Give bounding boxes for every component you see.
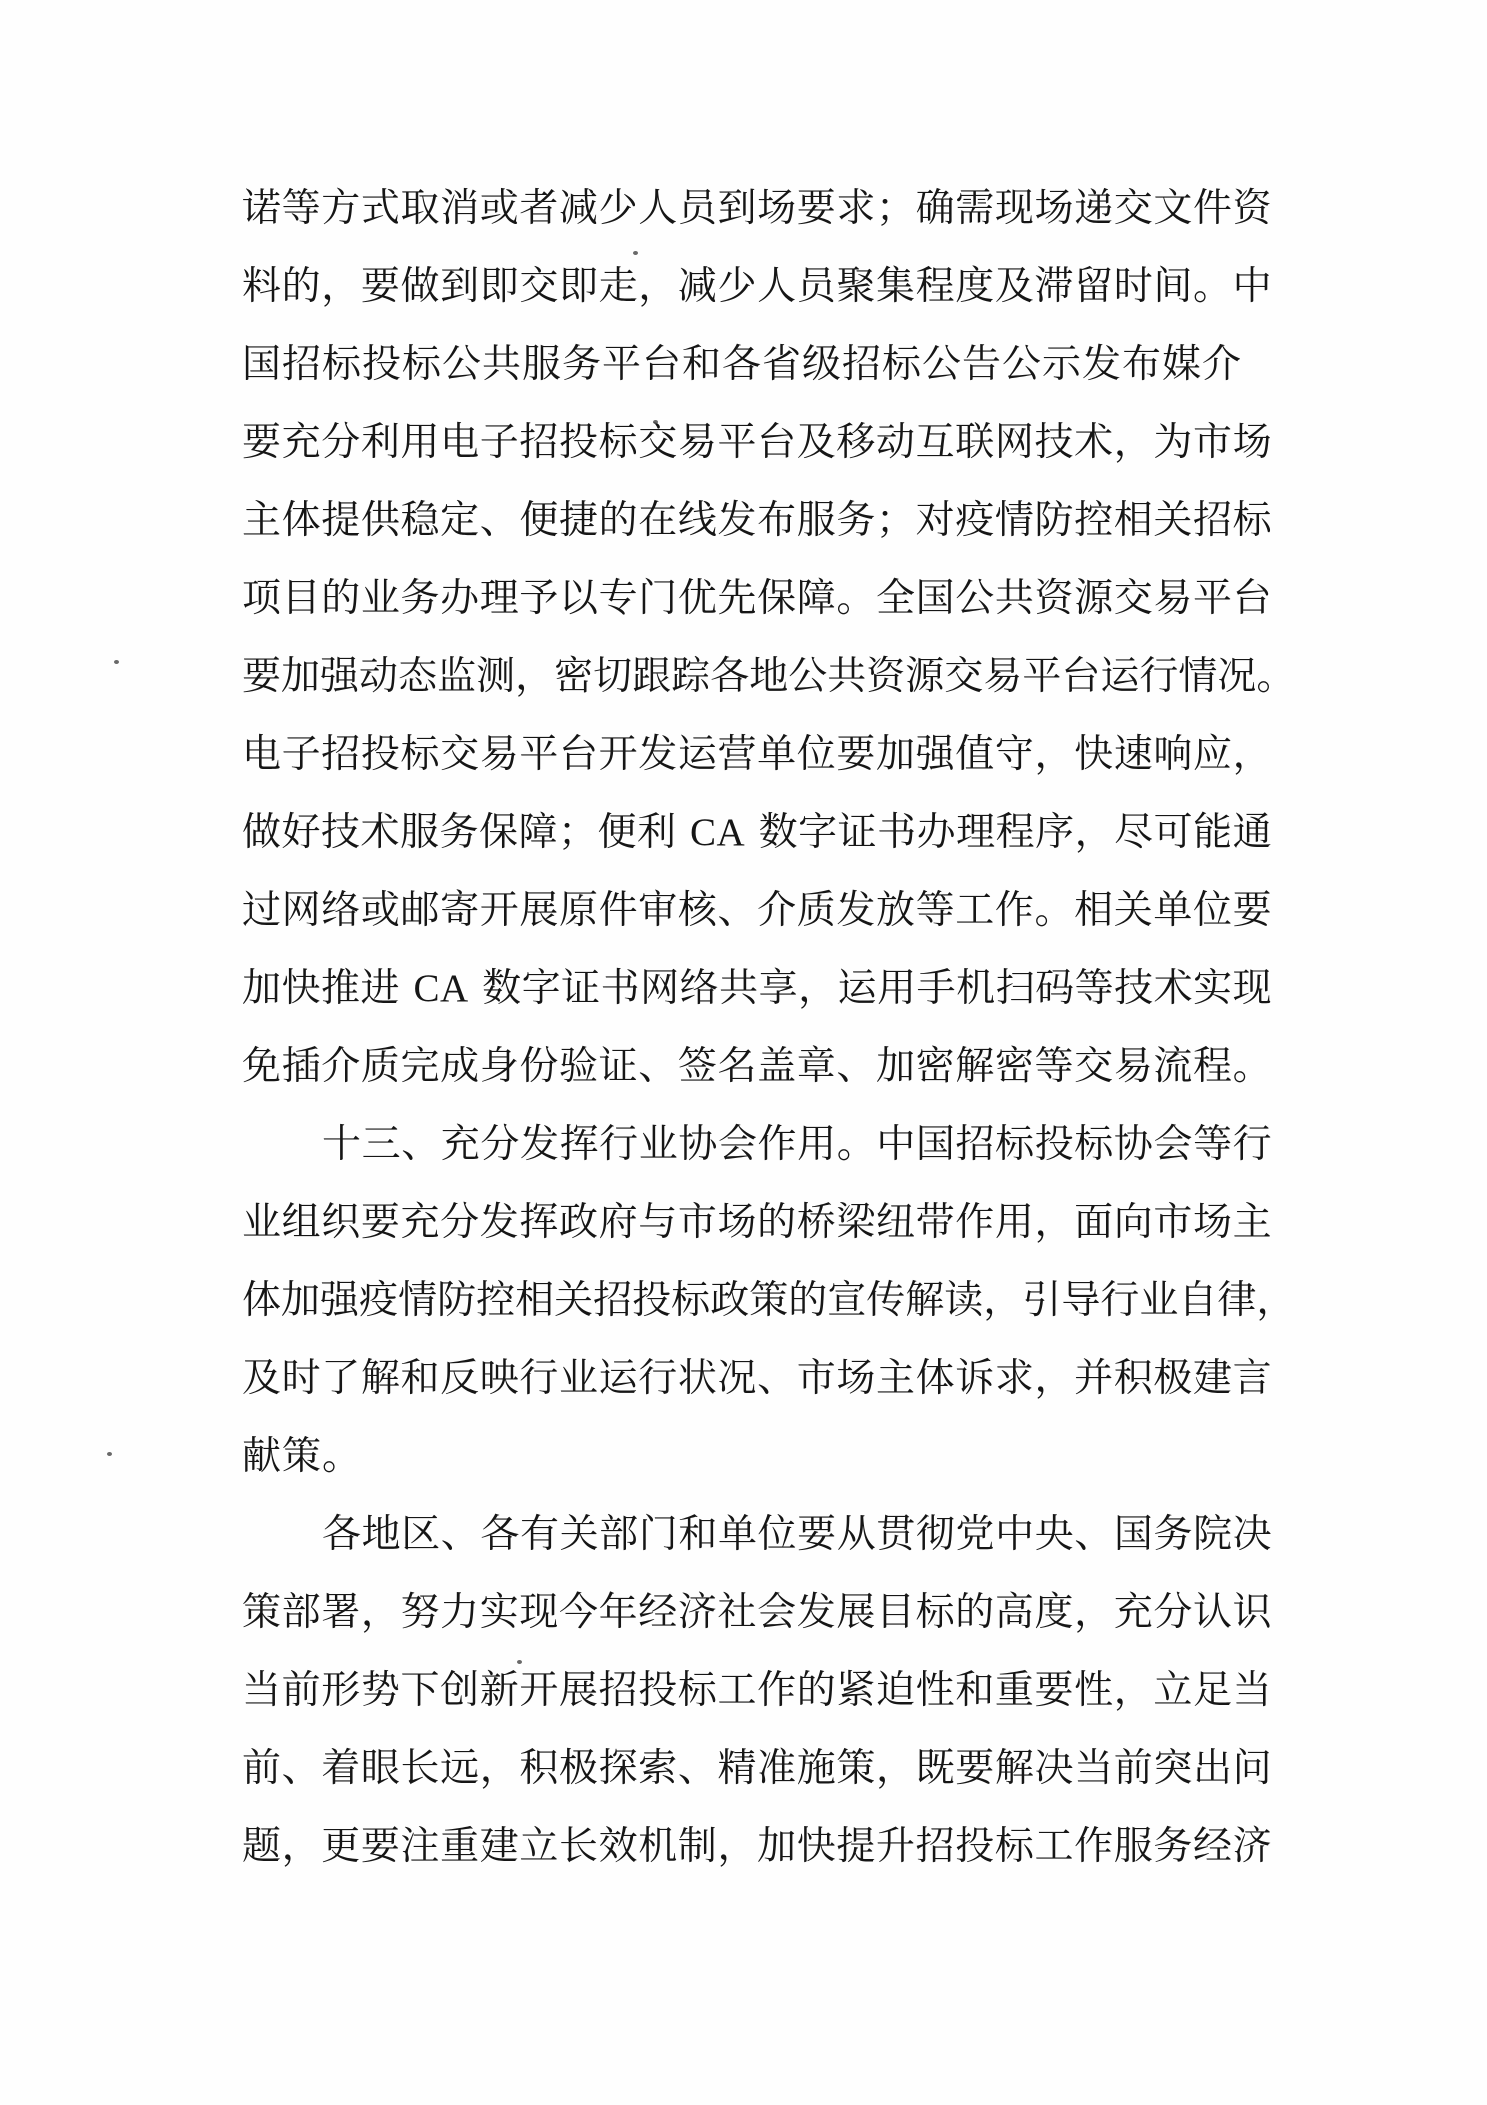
glyph: 介 xyxy=(757,888,796,934)
glyph: 行 xyxy=(638,1356,677,1402)
glyph: 、 xyxy=(638,1044,677,1090)
glyph: 少 xyxy=(599,186,638,232)
glyph: 字 xyxy=(798,810,837,856)
glyph: 资 xyxy=(1233,186,1272,232)
glyph: 做 xyxy=(401,264,440,310)
glyph: 决 xyxy=(1233,1512,1272,1558)
glyph: 问 xyxy=(1233,1746,1272,1792)
glyph: 络 xyxy=(680,966,719,1012)
glyph: 员 xyxy=(678,186,717,232)
glyph: 努 xyxy=(401,1590,440,1636)
glyph: 发 xyxy=(836,888,875,934)
glyph: 门 xyxy=(638,576,677,622)
glyph: 招 xyxy=(321,732,360,778)
glyph: 营 xyxy=(718,732,757,778)
glyph: 年 xyxy=(599,1590,638,1636)
glyph: 招 xyxy=(1193,498,1232,544)
glyph: 各 xyxy=(710,654,749,700)
glyph: 保 xyxy=(479,810,518,856)
glyph: 加 xyxy=(757,1824,796,1870)
text-line: 及时了解和反映行业运行状况、市场主体诉求，并积极建言 xyxy=(242,1356,1272,1434)
glyph: 当 xyxy=(1074,1746,1113,1792)
glyph: 并 xyxy=(1074,1356,1113,1402)
glyph: 的 xyxy=(955,1590,994,1636)
glyph: 验 xyxy=(559,1044,598,1090)
glyph: 前 xyxy=(242,1746,281,1792)
glyph: 今 xyxy=(559,1590,598,1636)
glyph: 运 xyxy=(678,732,717,778)
glyph: 情 xyxy=(398,1278,437,1324)
glyph: 移 xyxy=(836,420,875,466)
glyph: 介 xyxy=(1202,342,1242,388)
glyph: 行 xyxy=(599,1122,638,1168)
glyph: 关 xyxy=(1114,888,1153,934)
glyph: 要 xyxy=(242,654,281,700)
glyph: 求 xyxy=(995,1356,1034,1402)
glyph: 便 xyxy=(598,810,637,856)
glyph: 的 xyxy=(788,1278,827,1324)
glyph: 现 xyxy=(995,186,1034,232)
glyph: 平 xyxy=(1022,654,1061,700)
glyph: 各 xyxy=(480,1512,519,1558)
glyph: 要 xyxy=(836,732,875,778)
glyph: 发 xyxy=(480,1200,519,1246)
glyph: 尽 xyxy=(1114,810,1153,856)
document-body: 诺等方式取消或者减少人员到场要求；确需现场递交文件资料的，要做到即交即走，减少人… xyxy=(242,186,1272,1902)
glyph: 地 xyxy=(362,1512,401,1558)
glyph: 跟 xyxy=(632,654,671,700)
glyph: 部 xyxy=(599,1512,638,1558)
glyph: 和 xyxy=(955,1668,994,1714)
glyph: 体 xyxy=(916,1356,955,1402)
glyph: 、 xyxy=(718,888,757,934)
glyph: 现 xyxy=(1233,966,1272,1012)
glyph: 切 xyxy=(593,654,632,700)
glyph: 国 xyxy=(916,576,955,622)
glyph: 态 xyxy=(398,654,437,700)
glyph: 场 xyxy=(718,1200,757,1246)
glyph: 迫 xyxy=(876,1668,915,1714)
glyph: 业 xyxy=(361,576,400,622)
glyph: 务 xyxy=(440,810,479,856)
glyph: 务 xyxy=(1153,1512,1192,1558)
glyph: 形 xyxy=(321,1668,360,1714)
glyph: 要 xyxy=(797,1512,836,1558)
glyph: 公 xyxy=(788,654,827,700)
glyph: 免 xyxy=(242,1044,281,1090)
glyph: 及 xyxy=(242,1356,281,1402)
glyph: ， xyxy=(1074,1590,1113,1636)
glyph: 中 xyxy=(995,1512,1034,1558)
glyph: 。 xyxy=(1233,1044,1272,1090)
glyph: 律 xyxy=(1217,1278,1256,1324)
glyph: 府 xyxy=(599,1200,638,1246)
glyph: 少 xyxy=(718,264,757,310)
glyph: ， xyxy=(1075,810,1114,856)
glyph: 诉 xyxy=(955,1356,994,1402)
glyph: 插 xyxy=(282,1044,321,1090)
glyph: 资 xyxy=(1035,576,1074,622)
glyph: 投 xyxy=(559,420,598,466)
glyph: 务 xyxy=(836,498,875,544)
glyph: 动 xyxy=(359,654,398,700)
glyph: 的 xyxy=(599,498,638,544)
glyph: 行 xyxy=(519,1356,558,1402)
glyph: 相 xyxy=(1114,498,1153,544)
glyph: 贯 xyxy=(876,1512,915,1558)
glyph: 到 xyxy=(440,264,479,310)
glyph: 加 xyxy=(876,732,915,778)
text-line: 当前形势下创新开展招投标工作的紧迫性和重要性，立足当 xyxy=(242,1668,1272,1746)
glyph: 充 xyxy=(1114,1590,1153,1636)
glyph: 解 xyxy=(905,1278,944,1324)
glyph: ， xyxy=(983,1278,1022,1324)
glyph: 建 xyxy=(1193,1356,1232,1402)
glyph: 确 xyxy=(916,186,955,232)
glyph: 省 xyxy=(762,342,802,388)
space-gap xyxy=(677,810,690,856)
glyph: 前 xyxy=(282,1668,321,1714)
glyph: 子 xyxy=(282,732,321,778)
glyph: 。 xyxy=(1256,654,1295,700)
glyph: 强 xyxy=(320,1278,359,1324)
glyph: 时 xyxy=(1114,264,1153,310)
glyph: 发 xyxy=(520,1122,559,1168)
glyph: 新 xyxy=(480,1668,519,1714)
glyph: 充 xyxy=(441,1122,480,1168)
glyph: ， xyxy=(282,1824,321,1870)
glyph: 线 xyxy=(678,498,717,544)
glyph: 件 xyxy=(1193,186,1232,232)
glyph: 政 xyxy=(710,1278,749,1324)
glyph: 策 xyxy=(282,1434,322,1480)
glyph: 相 xyxy=(515,1278,554,1324)
glyph: 监 xyxy=(437,654,476,700)
glyph: 注 xyxy=(401,1824,440,1870)
text-line: 体加强疫情防控相关招投标政策的宣传解读，引导行业自律， xyxy=(242,1278,1272,1356)
glyph: 分 xyxy=(440,1200,479,1246)
glyph: 台 xyxy=(1061,654,1100,700)
glyph: 办 xyxy=(440,576,479,622)
glyph: 发 xyxy=(1082,342,1122,388)
glyph: 主 xyxy=(1233,1200,1272,1246)
glyph: 要 xyxy=(1233,888,1272,934)
glyph: 公 xyxy=(922,342,962,388)
glyph: 密 xyxy=(995,1044,1034,1090)
glyph: 建 xyxy=(480,1824,519,1870)
text-line: 过网络或邮寄开展原件审核、介质发放等工作。相关单位要 xyxy=(242,888,1272,966)
glyph: 投 xyxy=(1035,1122,1074,1168)
glyph: 前 xyxy=(1114,1746,1153,1792)
glyph: 滞 xyxy=(1035,264,1074,310)
glyph: 台 xyxy=(559,732,598,778)
glyph: 放 xyxy=(876,888,915,934)
glyph: 强 xyxy=(320,654,359,700)
glyph: 方 xyxy=(321,186,360,232)
glyph: 各 xyxy=(722,342,762,388)
glyph: 共 xyxy=(719,966,758,1012)
glyph: 关 xyxy=(1153,498,1192,544)
glyph: 标 xyxy=(995,1122,1034,1168)
glyph: 发 xyxy=(718,498,757,544)
glyph: 运 xyxy=(838,966,877,1012)
glyph: 服 xyxy=(797,498,836,544)
glyph: 、 xyxy=(401,1122,440,1168)
document-page: 诺等方式取消或者减少人员到场要求；确需现场递交文件资料的，要做到即交即走，减少人… xyxy=(0,0,1487,2105)
glyph: 制 xyxy=(678,1824,717,1870)
glyph: 序 xyxy=(1035,810,1074,856)
text-line: 题，更要注重建立长效机制，加快提升招投标工作服务经济 xyxy=(242,1824,1272,1902)
glyph: 、 xyxy=(757,1356,796,1402)
glyph: 导 xyxy=(1061,1278,1100,1324)
glyph: 质 xyxy=(797,888,836,934)
text-line: 电子招投标交易平台开发运营单位要加强值守，快速响应， xyxy=(242,732,1272,810)
glyph: 作 xyxy=(995,888,1034,934)
glyph: 快 xyxy=(1074,732,1113,778)
glyph: 项 xyxy=(242,576,281,622)
glyph: 台 xyxy=(1233,576,1272,622)
glyph: 行 xyxy=(1139,654,1178,700)
glyph: 济 xyxy=(1233,1824,1272,1870)
glyph: 加 xyxy=(281,654,320,700)
glyph: 控 xyxy=(1074,498,1113,544)
glyph: 防 xyxy=(437,1278,476,1324)
glyph: 和 xyxy=(682,342,722,388)
glyph: 公 xyxy=(955,576,994,622)
glyph: 签 xyxy=(678,1044,717,1090)
glyph: 要 xyxy=(797,186,836,232)
glyph: 现 xyxy=(519,1590,558,1636)
glyph: 共 xyxy=(482,342,522,388)
glyph: 单 xyxy=(757,732,796,778)
glyph: 要 xyxy=(361,1824,400,1870)
glyph: 务 xyxy=(1153,1824,1192,1870)
glyph: 件 xyxy=(599,888,638,934)
glyph: 市 xyxy=(678,1200,717,1246)
glyph: 服 xyxy=(400,810,439,856)
glyph: 成 xyxy=(440,1044,479,1090)
glyph: ， xyxy=(1035,732,1074,778)
glyph: 务 xyxy=(562,342,602,388)
glyph: 会 xyxy=(718,1122,757,1168)
glyph: 决 xyxy=(1035,1746,1074,1792)
glyph: 式 xyxy=(361,186,400,232)
glyph: 布 xyxy=(1122,342,1162,388)
glyph: 平 xyxy=(718,420,757,466)
glyph: 过 xyxy=(242,888,281,934)
glyph: 济 xyxy=(678,1590,717,1636)
glyph: ； xyxy=(876,498,915,544)
glyph: 协 xyxy=(678,1122,717,1168)
glyph: 创 xyxy=(440,1668,479,1714)
glyph: 区 xyxy=(401,1512,440,1558)
glyph: 诺 xyxy=(242,186,281,232)
glyph: 献 xyxy=(242,1434,282,1480)
glyph: 值 xyxy=(955,732,994,778)
glyph: 份 xyxy=(519,1044,558,1090)
glyph: ， xyxy=(1035,1356,1074,1402)
glyph: 台 xyxy=(757,420,796,466)
glyph: 标 xyxy=(1074,1122,1113,1168)
glyph: 优 xyxy=(678,576,717,622)
glyph: 等 xyxy=(1075,966,1114,1012)
glyph: 测 xyxy=(476,654,515,700)
glyph: 身 xyxy=(480,1044,519,1090)
glyph: 市 xyxy=(1153,1200,1192,1246)
glyph: 当 xyxy=(1233,1668,1272,1714)
glyph: 标 xyxy=(671,1278,710,1324)
glyph: 工 xyxy=(955,888,994,934)
glyph: 况 xyxy=(1217,654,1256,700)
glyph: 易 xyxy=(983,654,1022,700)
glyph: 关 xyxy=(554,1278,593,1324)
glyph: 场 xyxy=(836,1356,875,1402)
glyph: ， xyxy=(480,1746,519,1792)
glyph: 踪 xyxy=(671,654,710,700)
glyph: 立 xyxy=(1153,1668,1192,1714)
glyph: 术 xyxy=(1074,420,1113,466)
glyph: 易 xyxy=(1114,1044,1153,1090)
glyph: 梁 xyxy=(836,1200,875,1246)
glyph: 质 xyxy=(361,1044,400,1090)
glyph: 索 xyxy=(638,1746,677,1792)
glyph: 书 xyxy=(601,966,640,1012)
glyph: 技 xyxy=(321,810,360,856)
glyph: 用 xyxy=(797,1122,836,1168)
glyph: 会 xyxy=(1153,1122,1192,1168)
glyph: 人 xyxy=(757,264,796,310)
glyph: 捷 xyxy=(559,498,598,544)
glyph: 策 xyxy=(836,1746,875,1792)
glyph: 盖 xyxy=(757,1044,796,1090)
glyph: 位 xyxy=(1193,888,1232,934)
glyph: 聚 xyxy=(836,264,875,310)
glyph: 时 xyxy=(282,1356,321,1402)
glyph: 电 xyxy=(242,732,281,778)
glyph: 标 xyxy=(402,342,442,388)
glyph: 场 xyxy=(1233,420,1272,466)
glyph: 递 xyxy=(1074,186,1113,232)
glyph: 员 xyxy=(797,264,836,310)
glyph: 疫 xyxy=(955,498,994,544)
glyph: 完 xyxy=(401,1044,440,1090)
glyph: 要 xyxy=(361,264,400,310)
glyph: 文 xyxy=(1153,186,1192,232)
glyph: 专 xyxy=(599,576,638,622)
glyph: 部 xyxy=(282,1590,321,1636)
glyph: 标 xyxy=(1233,498,1272,544)
glyph: 提 xyxy=(321,498,360,544)
glyph: 业 xyxy=(639,1122,678,1168)
glyph: 招 xyxy=(599,1668,638,1714)
glyph: 。 xyxy=(322,1434,362,1480)
glyph: 术 xyxy=(361,810,400,856)
glyph: 党 xyxy=(956,1512,995,1558)
glyph: 展 xyxy=(519,888,558,934)
glyph: 用 xyxy=(401,420,440,466)
glyph: 分 xyxy=(1153,1590,1192,1636)
glyph: 标 xyxy=(995,1824,1034,1870)
glyph: 各 xyxy=(322,1512,361,1558)
glyph: 开 xyxy=(480,888,519,934)
glyph: 走 xyxy=(599,264,638,310)
glyph: 纽 xyxy=(876,1200,915,1246)
glyph: 目 xyxy=(876,1590,915,1636)
glyph: 反 xyxy=(440,1356,479,1402)
glyph: ， xyxy=(1114,420,1153,466)
glyph: 主 xyxy=(876,1356,915,1402)
glyph: 准 xyxy=(757,1746,796,1792)
glyph: 业 xyxy=(242,1200,281,1246)
text-line: 主体提供稳定、便捷的在线发布服务；对疫情防控相关招标 xyxy=(242,498,1272,576)
glyph: 性 xyxy=(1074,1668,1113,1714)
glyph: 媒 xyxy=(1162,342,1202,388)
glyph: 技 xyxy=(1035,420,1074,466)
glyph: ； xyxy=(876,186,915,232)
glyph: 消 xyxy=(440,186,479,232)
glyph: 手 xyxy=(917,966,956,1012)
glyph: 供 xyxy=(361,498,400,544)
glyph: 码 xyxy=(1035,966,1074,1012)
glyph: 介 xyxy=(321,1044,360,1090)
glyph: 十 xyxy=(322,1122,361,1168)
glyph: 及 xyxy=(797,420,836,466)
scan-speck xyxy=(517,1660,522,1664)
glyph: 协 xyxy=(1114,1122,1153,1168)
glyph: 开 xyxy=(599,732,638,778)
glyph: 招 xyxy=(956,1122,995,1168)
glyph: 提 xyxy=(836,1824,875,1870)
glyph: 院 xyxy=(1193,1512,1232,1558)
glyph: 投 xyxy=(955,1824,994,1870)
glyph: 、 xyxy=(480,498,519,544)
glyph: 应 xyxy=(1193,732,1232,778)
glyph: 公 xyxy=(442,342,482,388)
glyph: 况 xyxy=(718,1356,757,1402)
glyph: 或 xyxy=(480,186,519,232)
glyph: 极 xyxy=(1153,1356,1192,1402)
glyph: 力 xyxy=(440,1590,479,1636)
glyph: 与 xyxy=(638,1200,677,1246)
glyph: 联 xyxy=(955,420,994,466)
glyph: 好 xyxy=(282,810,321,856)
glyph: 做 xyxy=(242,810,281,856)
glyph: 减 xyxy=(678,264,717,310)
glyph: ， xyxy=(1114,1668,1153,1714)
glyph: 向 xyxy=(1114,1200,1153,1246)
text-line: 做好技术服务保障；便利CA数字证书办理程序，尽可能通 xyxy=(242,810,1272,888)
glyph: 交 xyxy=(638,420,677,466)
glyph: 招 xyxy=(519,420,558,466)
glyph: 投 xyxy=(361,732,400,778)
glyph: 术 xyxy=(1154,966,1193,1012)
glyph: 或 xyxy=(361,888,400,934)
glyph: 足 xyxy=(1193,1668,1232,1714)
glyph: 标 xyxy=(322,342,362,388)
glyph: 资 xyxy=(866,654,905,700)
glyph: 工 xyxy=(718,1668,757,1714)
glyph: C xyxy=(413,966,439,1012)
text-line: 十三、充分发挥行业协会作用。中国招标投标协会等行 xyxy=(242,1122,1272,1200)
glyph: 通 xyxy=(1233,810,1272,856)
glyph: 重 xyxy=(440,1824,479,1870)
glyph: 网 xyxy=(995,420,1034,466)
glyph: 策 xyxy=(749,1278,788,1324)
space-gap xyxy=(469,966,482,1012)
glyph: 台 xyxy=(642,342,682,388)
glyph: 充 xyxy=(282,420,321,466)
glyph: 招 xyxy=(593,1278,632,1324)
